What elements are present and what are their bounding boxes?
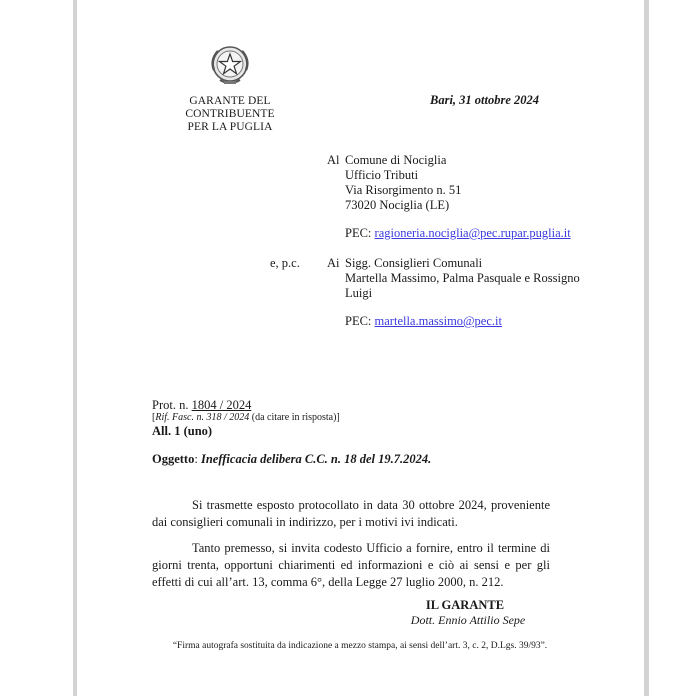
rif-note: (da citare in risposta)] bbox=[249, 412, 340, 423]
sender-line-1: GARANTE DEL CONTRIBUENTE bbox=[145, 95, 315, 121]
address-line: 73020 Nociglia (LE) bbox=[345, 198, 571, 213]
subject-line: Oggetto: Inefficacia delibera C.C. n. 18… bbox=[152, 452, 431, 467]
signature-footnote: “Firma autografa sostituita da indicazio… bbox=[150, 641, 570, 651]
attachment-count: All. 1 (uno) bbox=[152, 424, 212, 439]
recipient-prefix: Al bbox=[327, 153, 340, 168]
protocol-number: 1804 / 2024 bbox=[192, 398, 252, 412]
signature-name: Dott. Ennio Attilio Sepe bbox=[393, 613, 543, 628]
subject-text: Inefficacia delibera C.C. n. 18 del 19.7… bbox=[201, 452, 431, 466]
body-paragraph: Tanto premesso, si invita codesto Uffici… bbox=[152, 540, 550, 591]
cc-address: Sigg. Consiglieri Comunali Martella Mass… bbox=[345, 256, 580, 329]
signature-title: IL GARANTE bbox=[415, 598, 515, 613]
address-line: Luigi bbox=[345, 286, 580, 301]
recipient-address: Comune di Nociglia Ufficio Tributi Via R… bbox=[345, 153, 571, 241]
pec-label: PEC: bbox=[345, 314, 371, 328]
letter-date: Bari, 31 ottobre 2024 bbox=[430, 93, 539, 108]
cc-label: e, p.c. bbox=[270, 256, 300, 271]
cc-prefix: Ai bbox=[327, 256, 340, 271]
subject-separator: : bbox=[194, 452, 201, 466]
page-border-right bbox=[644, 0, 649, 696]
pec-label: PEC: bbox=[345, 226, 371, 240]
recipient-pec: PEC: ragioneria.nociglia@pec.rupar.pugli… bbox=[345, 226, 571, 241]
address-line: Sigg. Consiglieri Comunali bbox=[345, 256, 580, 271]
address-line: Comune di Nociglia bbox=[345, 153, 571, 168]
address-line: Martella Massimo, Palma Pasquale e Rossi… bbox=[345, 271, 580, 286]
body-paragraph: Si trasmette esposto protocollato in dat… bbox=[152, 497, 550, 531]
sender-line-2: PER LA PUGLIA bbox=[145, 121, 315, 134]
recipient-pec-email-link[interactable]: ragioneria.nociglia@pec.rupar.puglia.it bbox=[375, 226, 571, 240]
address-line: Ufficio Tributi bbox=[345, 168, 571, 183]
rif-reference: Rif. Fasc. n. 318 / 2024 bbox=[155, 412, 249, 423]
sender-office: GARANTE DEL CONTRIBUENTE PER LA PUGLIA bbox=[145, 95, 315, 134]
italian-republic-emblem-icon bbox=[206, 42, 254, 90]
page-border-left bbox=[73, 0, 77, 696]
cc-pec: PEC: martella.massimo@pec.it bbox=[345, 314, 580, 329]
protocol-block: Prot. n. 1804 / 2024 [Rif. Fasc. n. 318 … bbox=[152, 398, 340, 424]
subject-label: Oggetto bbox=[152, 452, 194, 466]
protocol-label: Prot. n. bbox=[152, 398, 188, 412]
address-line: Via Risorgimento n. 51 bbox=[345, 183, 571, 198]
cc-pec-email-link[interactable]: martella.massimo@pec.it bbox=[375, 314, 502, 328]
